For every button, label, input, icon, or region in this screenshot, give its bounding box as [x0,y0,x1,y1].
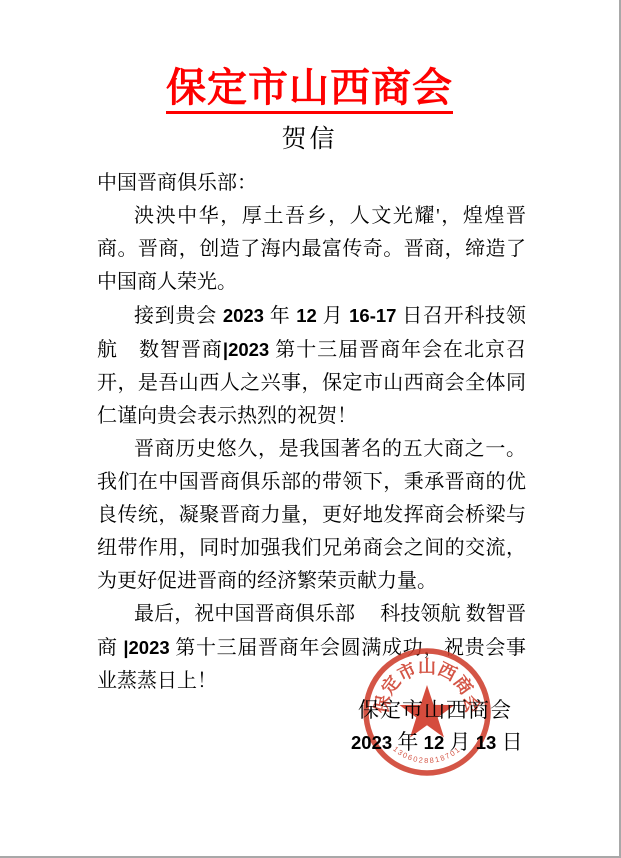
seal-ring-character: 山 [418,657,436,677]
text-segment: 月 [444,730,476,754]
text-segment: 2023 [351,732,392,753]
text-segment: 16-17 [349,305,396,326]
text-segment: 12 [296,305,317,326]
text-segment: 接到贵会 [134,305,223,327]
text-segment: |2023 [123,637,169,658]
text-segment: 晋商历史悠久，是我国著名的五大商之一。我们在中国晋商俱乐部的带领下，秉承晋商的优… [97,438,526,592]
text-segment: 泱泱中华，厚土吾乡，人文光耀'，煌煌晋商。晋商，创造了海内最富传奇。晋商，缔造了… [97,205,526,293]
letter-body: 中国晋商俱乐部： 泱泱中华，厚土吾乡，人文光耀'，煌煌晋商。晋商，创造了海内最富… [97,167,526,698]
text-segment: 13 [476,732,497,753]
text-segment: 日 [496,730,522,754]
paragraph: 泱泱中华，厚土吾乡，人文光耀'，煌煌晋商。晋商，创造了海内最富传奇。晋商，缔造了… [97,200,526,299]
document-subtitle: 贺信 [0,119,619,155]
text-segment: 2023 [223,305,264,326]
text-segment: 年 [392,730,424,754]
letter-page: 保定市山西商会 贺信 中国晋商俱乐部： 泱泱中华，厚土吾乡，人文光耀'，煌煌晋商… [0,0,621,858]
signature: 保定市山西商会 [358,694,512,724]
text-segment: |2023 [223,339,269,360]
text-segment: 12 [424,732,445,753]
text-segment: 月 [317,305,349,327]
text-segment: 年 [264,305,296,327]
paragraph: 晋商历史悠久，是我国著名的五大商之一。我们在中国晋商俱乐部的带领下，秉承晋商的优… [97,433,526,598]
salutation: 中国晋商俱乐部： [97,167,526,200]
paragraph: 接到贵会 2023 年 12 月 16-17 日召开科技领航 数智晋商|2023… [97,299,526,433]
body-paragraphs: 泱泱中华，厚土吾乡，人文光耀'，煌煌晋商。晋商，创造了海内最富传奇。晋商，缔造了… [97,200,526,698]
document-title: 保定市山西商会 [0,56,619,113]
date-line: 2023 年 12 月 13 日 [351,726,523,756]
document-title-text: 保定市山西商会 [166,65,453,114]
